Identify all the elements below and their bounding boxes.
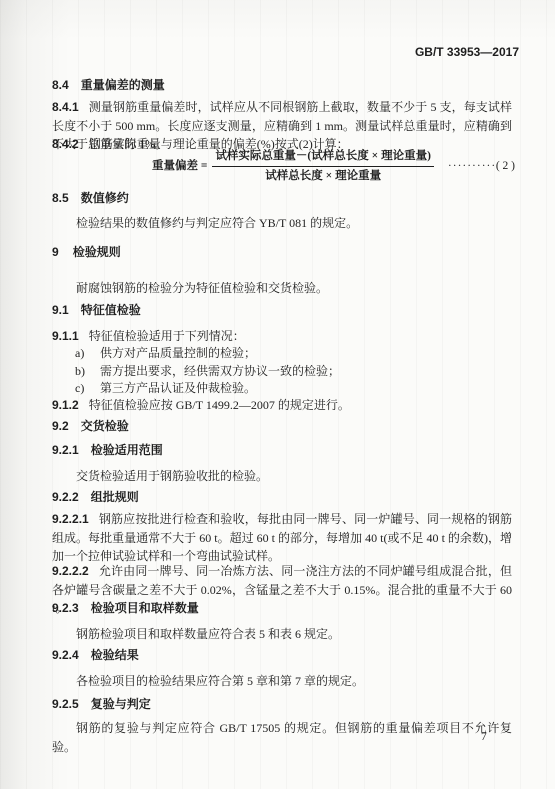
- paragraph-9-2-4: 各检验项目的检验结果应符合第 5 章和第 7 章的规定。: [52, 672, 512, 691]
- section-heading-8-5: 8.5数值修约: [52, 191, 512, 206]
- section-heading-9-1: 9.1特征值检验: [52, 303, 512, 318]
- list-item-c: c)第三方产品认证及仲裁检验。: [75, 380, 512, 398]
- section-heading-9-2-1: 9.2.1检验适用范围: [52, 443, 512, 458]
- paragraph-text: 交货检验适用于钢筋验收批的检验。: [76, 469, 268, 483]
- clause-number: 9.2.2.1: [52, 512, 89, 526]
- section-heading-9-2-2: 9.2.2组批规则: [52, 490, 512, 505]
- section-title: 复验与判定: [91, 697, 151, 711]
- list-item-a: a)供方对产品质量控制的检验；: [75, 345, 512, 363]
- page-number: 7: [481, 731, 487, 743]
- weight-deviation-formula: 重量偏差 = 试样实际总重量－(试样总长度 × 理论重量) 试样总长度 × 理论…: [52, 149, 515, 184]
- paragraph-text: 各检验项目的检验结果应符合第 5 章和第 7 章的规定。: [76, 674, 364, 688]
- paragraph-9-2-1: 交货检验适用于钢筋验收批的检验。: [52, 467, 512, 486]
- formula-fraction: 试样实际总重量－(试样总长度 × 理论重量) 试样总长度 × 理论重量: [212, 149, 433, 184]
- section-number: 9.2.1: [52, 443, 79, 457]
- list-item-label: b): [75, 363, 100, 381]
- list-item-label: a): [75, 345, 100, 363]
- paragraph-9-2-5: 钢筋的复验与判定应符合 GB/T 17505 的规定。但钢筋的重量偏差项目不允许…: [52, 719, 512, 756]
- section-title: 检验项目和取样数量: [91, 601, 199, 615]
- list-item-b: b)需方提出要求，经供需双方协议一致的检验；: [75, 363, 512, 381]
- section-title: 数值修约: [81, 191, 129, 205]
- clause-text: 特征值检验应按 GB/T 1499.2—2007 的规定进行。: [89, 398, 350, 412]
- section-number: 9.2.5: [52, 697, 79, 711]
- section-title: 交货检验: [81, 419, 129, 433]
- clause-9-1-2: 9.1.2特征值检验应按 GB/T 1499.2—2007 的规定进行。: [52, 396, 512, 415]
- section-title: 检验结果: [91, 648, 139, 662]
- section-heading-9-2-4: 9.2.4检验结果: [52, 648, 512, 663]
- paragraph-text: 检验结果的数值修约与判定应符合 YB/T 081 的规定。: [76, 216, 358, 230]
- section-number: 9.2: [52, 419, 69, 433]
- clause-number: 9.1.1: [52, 329, 79, 343]
- equation-number: ( 2 ): [496, 159, 515, 174]
- paragraph-text: 耐腐蚀钢筋的检验分为特征值检验和交货检验。: [76, 281, 328, 295]
- clause-text: 钢筋应按批进行检查和验收，每批由同一牌号、同一炉罐号、同一规格的钢筋组成。每批重…: [52, 512, 512, 563]
- chapter-number: 9: [52, 245, 59, 259]
- formula-denominator: 试样总长度 × 理论重量: [212, 167, 433, 184]
- clause-text: 特征值检验适用于下列情况：: [89, 329, 245, 343]
- clause-number: 9.2.2.2: [52, 564, 89, 578]
- section-number: 8.5: [52, 191, 69, 205]
- section-title: 组批规则: [91, 490, 139, 504]
- formula-dot-leader: ·····················: [448, 159, 494, 174]
- section-title: 检验适用范围: [91, 443, 163, 457]
- section-heading-9-2-3: 9.2.3检验项目和取样数量: [52, 601, 512, 616]
- list-item-text: 第三方产品认证及仲裁检验。: [100, 381, 256, 395]
- section-number: 9.2.3: [52, 601, 79, 615]
- clause-number: 8.4.1: [52, 100, 79, 114]
- section-heading-8-4: 8.4重量偏差的测量: [52, 78, 512, 93]
- clause-9-2-2-1: 9.2.2.1钢筋应按批进行检查和验收，每批由同一牌号、同一炉罐号、同一规格的钢…: [52, 510, 512, 566]
- paragraph-text: 钢筋的复验与判定应符合 GB/T 17505 的规定。但钢筋的重量偏差项目不允许…: [52, 721, 512, 754]
- formula-lhs: 重量偏差 =: [152, 159, 207, 174]
- list-item-text: 供方对产品质量控制的检验；: [100, 346, 256, 360]
- paragraph-9-2-3: 钢筋检验项目和取样数量应符合表 5 和表 6 规定。: [52, 625, 512, 644]
- section-number: 9.2.4: [52, 648, 79, 662]
- paragraph-8-5: 检验结果的数值修约与判定应符合 YB/T 081 的规定。: [52, 214, 512, 233]
- chapter-title: 检验规则: [73, 245, 121, 259]
- chapter-heading-9: 9检验规则: [52, 245, 512, 260]
- section-title: 特征值检验: [81, 303, 141, 317]
- clause-number: 9.1.2: [52, 398, 79, 412]
- section-heading-9-2-5: 9.2.5复验与判定: [52, 697, 512, 712]
- section-number: 8.4: [52, 78, 69, 92]
- clause-9-1-1: 9.1.1特征值检验适用于下列情况：: [52, 327, 512, 346]
- list-item-text: 需方提出要求，经供需双方协议一致的检验；: [100, 364, 340, 378]
- list-item-label: c): [75, 380, 100, 398]
- formula-numerator: 试样实际总重量－(试样总长度 × 理论重量): [212, 149, 433, 167]
- standard-code-header: GB/T 33953—2017: [415, 45, 519, 59]
- document-page: GB/T 33953—2017 8.4重量偏差的测量 8.4.1测量钢筋重量偏差…: [0, 0, 555, 789]
- section-number: 9.2.2: [52, 490, 79, 504]
- section-number: 9.1: [52, 303, 69, 317]
- section-heading-9-2: 9.2交货检验: [52, 419, 512, 434]
- section-title: 重量偏差的测量: [81, 78, 165, 92]
- paragraph-9: 耐腐蚀钢筋的检验分为特征值检验和交货检验。: [52, 279, 512, 298]
- paragraph-text: 钢筋检验项目和取样数量应符合表 5 和表 6 规定。: [76, 627, 340, 641]
